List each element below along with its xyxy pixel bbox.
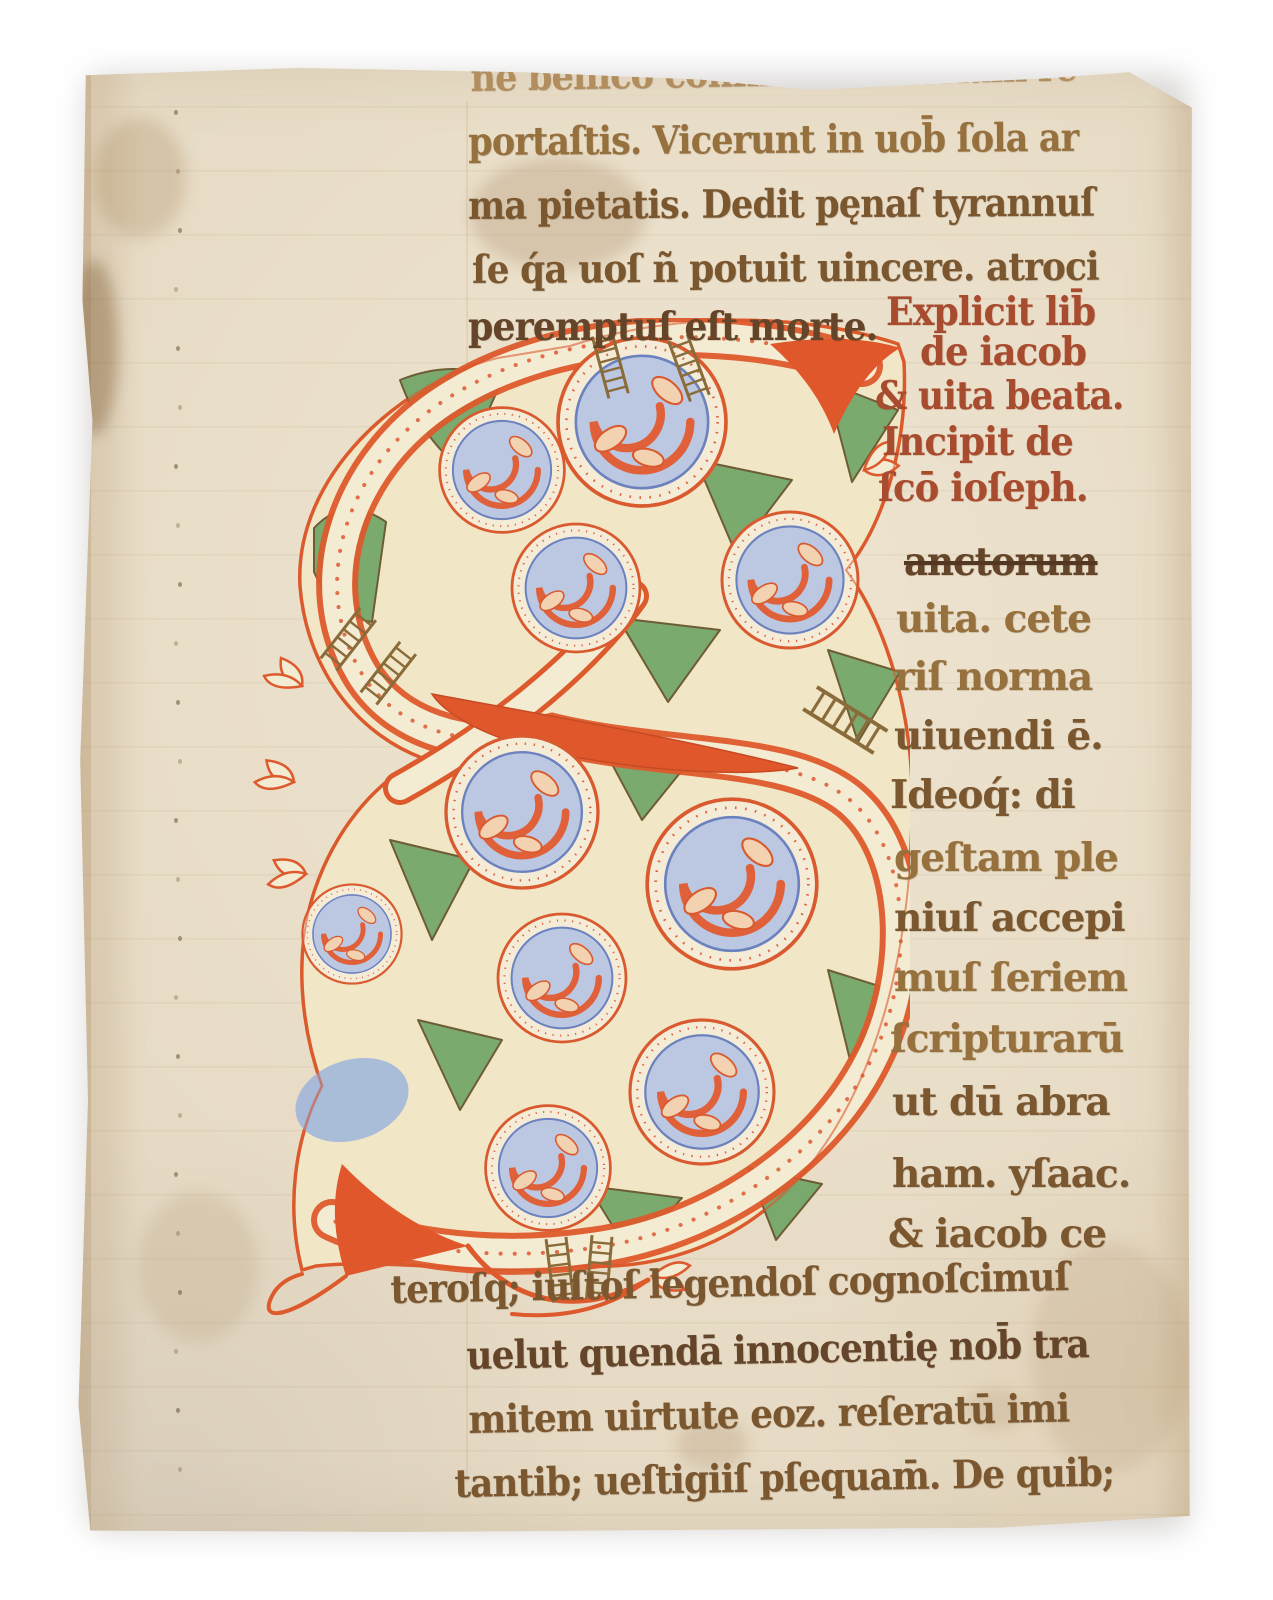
manuscript-line: niuſ accepi <box>894 896 1125 940</box>
manuscript-line: uelut quendā innocentię nob̄ tra <box>466 1322 1089 1378</box>
pricking-hole <box>176 1408 180 1413</box>
parchment-stain <box>138 1192 258 1342</box>
pricking-hole <box>176 346 180 351</box>
manuscript-line: ut dū abra <box>892 1080 1110 1124</box>
manuscript-line: ham. yſaac. <box>892 1152 1130 1196</box>
pricking-hole <box>178 1290 182 1295</box>
pricking-hole <box>174 1349 178 1354</box>
manuscript-line: Ideoq́: di <box>890 773 1075 817</box>
rubric-line: Incipit de <box>882 420 1073 464</box>
manuscript-line: uita. cete <box>896 597 1091 641</box>
pricking-hole <box>178 582 182 587</box>
manuscript-line: portaſtis. Vicerunt in uob̄ ſola ar <box>468 116 1078 164</box>
pricking-hole <box>174 464 178 469</box>
manuscript-line: mitem uirtute eoz. reſeratū imi <box>468 1386 1069 1442</box>
pricking-hole <box>176 877 180 882</box>
pricking-hole <box>174 995 178 1000</box>
pricking-hole <box>176 700 180 705</box>
explicit-rubric: Explicit lib̄ <box>886 290 1095 334</box>
pricking-hole <box>178 759 182 764</box>
struck-manuscript-line: anctorum <box>904 540 1097 584</box>
pricking-hole <box>176 523 180 528</box>
pricking-hole <box>178 228 182 233</box>
pricking-hole <box>174 641 178 646</box>
manuscript-line: ma pietatis. Dedit pęnaſ tyrannuſ <box>468 181 1095 228</box>
manuscript-line: geſtam ple <box>894 836 1118 880</box>
pricking-hole <box>174 110 178 115</box>
manuscript-leaf: ne bellico conflictu uictoriam re portaſ… <box>78 62 1193 1532</box>
manuscript-line: muſ ſeriem <box>894 956 1127 1000</box>
pricking-hole <box>176 1231 180 1236</box>
manuscript-line: tantib; ueſtigiiſ pſequam̄. De quib; <box>454 1450 1115 1506</box>
manuscript-line: & iacob ce <box>888 1212 1106 1256</box>
rubric-line: de iacob <box>920 330 1086 374</box>
rubric-line: & uita beata. <box>875 374 1123 418</box>
pricking-hole <box>178 405 182 410</box>
parchment-stain <box>70 260 118 436</box>
pricking-hole <box>176 1054 180 1059</box>
illuminated-initial-s <box>250 318 910 1328</box>
manuscript-line: ne bellico conflictu uictoriam re <box>470 45 1077 100</box>
manuscript-line: ſcripturarū <box>890 1017 1123 1061</box>
manuscript-line: peremptuſ eſt morte. <box>468 305 877 349</box>
parchment-stain <box>94 118 186 238</box>
pricking-hole <box>176 169 180 174</box>
pricking-hole <box>174 287 178 292</box>
pricking-hole <box>178 1113 182 1118</box>
manuscript-line: uiuendi ē. <box>894 714 1103 758</box>
rubric-line: ſcō ioſeph. <box>878 466 1088 510</box>
pricking-hole <box>178 1467 182 1472</box>
pricking-hole <box>174 818 178 823</box>
manuscript-line: riſ norma <box>894 655 1092 699</box>
scan-page: ne bellico conflictu uictoriam re portaſ… <box>0 0 1273 1600</box>
pricking-hole <box>174 1172 178 1177</box>
manuscript-line: ſe q́a uoſ ñ potuit uincere. atroci <box>472 245 1099 292</box>
pricking-hole <box>178 936 182 941</box>
